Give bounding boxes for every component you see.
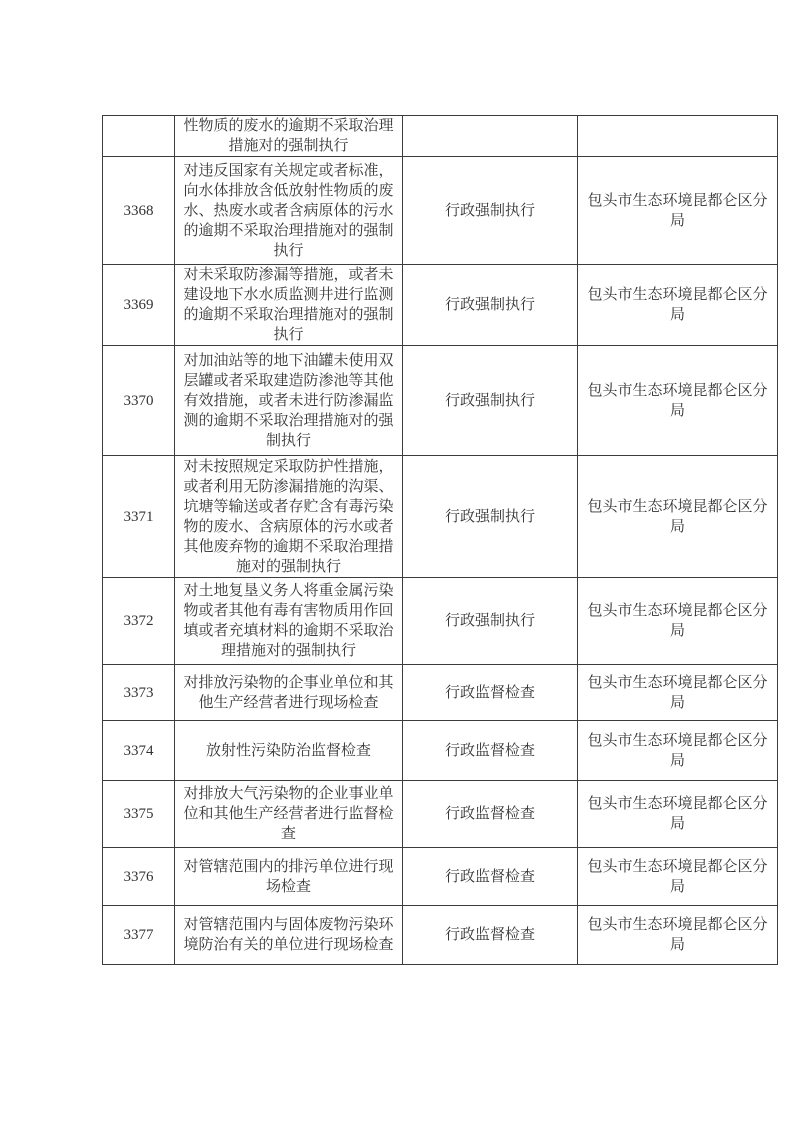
row-description-cell: 对管辖范围内与固体废物污染环境防治有关的单位进行现场检查	[175, 906, 403, 965]
row-type-cell: 行政监督检查	[403, 906, 578, 965]
row-id-cell: 3376	[103, 848, 175, 906]
row-type-cell: 行政强制执行	[403, 456, 578, 578]
row-id-cell: 3368	[103, 157, 175, 265]
document-page: 性物质的废水的逾期不采取治理措施对的强制执行 3368 对违反国家有关规定或者标…	[0, 0, 793, 1122]
table-row: 3375 对排放大气污染物的企业事业单位和其他生产经营者进行监督检查 行政监督检…	[103, 781, 778, 848]
row-id-cell: 3375	[103, 781, 175, 848]
table-row: 3373 对排放污染物的企事业单位和其他生产经营者进行现场检查 行政监督检查 包…	[103, 665, 778, 721]
table-row: 3372 对土地复垦义务人将重金属污染物或者其他有毒有害物质用作回填或者充填材料…	[103, 578, 778, 665]
row-type-cell: 行政监督检查	[403, 848, 578, 906]
row-department-cell: 包头市生态环境昆都仑区分局	[578, 265, 778, 346]
row-department-cell: 包头市生态环境昆都仑区分局	[578, 456, 778, 578]
row-id-cell: 3370	[103, 346, 175, 456]
table-row: 3376 对管辖范围内的排污单位进行现场检查 行政监督检查 包头市生态环境昆都仑…	[103, 848, 778, 906]
row-type-cell: 行政强制执行	[403, 157, 578, 265]
row-description-cell: 对加油站等的地下油罐未使用双层罐或者采取建造防渗池等其他有效措施，或者未进行防渗…	[175, 346, 403, 456]
row-id-cell: 3377	[103, 906, 175, 965]
row-id-cell: 3369	[103, 265, 175, 346]
row-department-cell: 包头市生态环境昆都仑区分局	[578, 721, 778, 781]
row-department-cell: 包头市生态环境昆都仑区分局	[578, 157, 778, 265]
admin-power-table-wrap: 性物质的废水的逾期不采取治理措施对的强制执行 3368 对违反国家有关规定或者标…	[102, 115, 778, 965]
row-id-cell: 3372	[103, 578, 175, 665]
row-description-cell: 对土地复垦义务人将重金属污染物或者其他有毒有害物质用作回填或者充填材料的逾期不采…	[175, 578, 403, 665]
row-department-cell: 包头市生态环境昆都仑区分局	[578, 848, 778, 906]
table-row: 3377 对管辖范围内与固体废物污染环境防治有关的单位进行现场检查 行政监督检查…	[103, 906, 778, 965]
admin-power-table: 性物质的废水的逾期不采取治理措施对的强制执行 3368 对违反国家有关规定或者标…	[102, 115, 778, 965]
row-description-cell: 性物质的废水的逾期不采取治理措施对的强制执行	[175, 116, 403, 157]
table-row: 3368 对违反国家有关规定或者标准，向水体排放含低放射性物质的废水、热废水或者…	[103, 157, 778, 265]
table-row: 3374 放射性污染防治监督检查 行政监督检查 包头市生态环境昆都仑区分局	[103, 721, 778, 781]
row-id-cell: 3371	[103, 456, 175, 578]
row-description-cell: 对违反国家有关规定或者标准，向水体排放含低放射性物质的废水、热废水或者含病原体的…	[175, 157, 403, 265]
row-type-cell: 行政强制执行	[403, 346, 578, 456]
row-type-cell: 行政强制执行	[403, 265, 578, 346]
row-id-cell: 3373	[103, 665, 175, 721]
table-row: 3369 对未采取防渗漏等措施，或者未建设地下水水质监测井进行监测的逾期不采取治…	[103, 265, 778, 346]
row-description-cell: 对未采取防渗漏等措施，或者未建设地下水水质监测井进行监测的逾期不采取治理措施对的…	[175, 265, 403, 346]
table-row: 3370 对加油站等的地下油罐未使用双层罐或者采取建造防渗池等其他有效措施，或者…	[103, 346, 778, 456]
row-department-cell: 包头市生态环境昆都仑区分局	[578, 346, 778, 456]
row-description-cell: 对管辖范围内的排污单位进行现场检查	[175, 848, 403, 906]
row-description-cell: 对排放污染物的企事业单位和其他生产经营者进行现场检查	[175, 665, 403, 721]
row-description-cell: 对排放大气污染物的企业事业单位和其他生产经营者进行监督检查	[175, 781, 403, 848]
table-row: 3371 对未按照规定采取防护性措施，或者利用无防渗漏措施的沟渠、坑塘等输送或者…	[103, 456, 778, 578]
row-description-cell: 对未按照规定采取防护性措施，或者利用无防渗漏措施的沟渠、坑塘等输送或者存贮含有毒…	[175, 456, 403, 578]
row-type-cell: 行政监督检查	[403, 665, 578, 721]
row-department-cell: 包头市生态环境昆都仑区分局	[578, 665, 778, 721]
row-department-cell	[578, 116, 778, 157]
row-type-cell: 行政强制执行	[403, 578, 578, 665]
row-description-cell: 放射性污染防治监督检查	[175, 721, 403, 781]
row-id-cell	[103, 116, 175, 157]
row-type-cell: 行政监督检查	[403, 721, 578, 781]
table-row: 性物质的废水的逾期不采取治理措施对的强制执行	[103, 116, 778, 157]
row-type-cell	[403, 116, 578, 157]
row-type-cell: 行政监督检查	[403, 781, 578, 848]
row-department-cell: 包头市生态环境昆都仑区分局	[578, 578, 778, 665]
row-department-cell: 包头市生态环境昆都仑区分局	[578, 906, 778, 965]
row-id-cell: 3374	[103, 721, 175, 781]
row-department-cell: 包头市生态环境昆都仑区分局	[578, 781, 778, 848]
